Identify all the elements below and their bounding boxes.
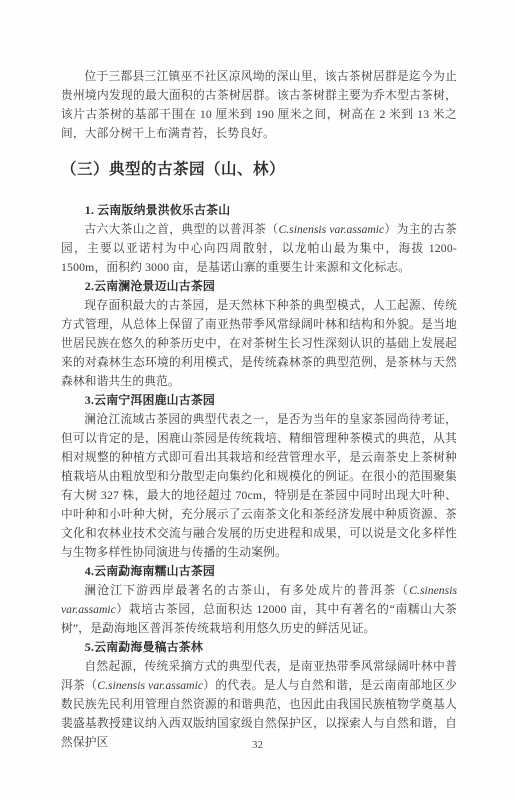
latin-species-name: C.sinensis var.assamic xyxy=(97,679,203,692)
section-heading-1: 1. 云南版纳景洪攸乐古茶山 xyxy=(61,201,457,220)
section-heading-4: 4.云南勐海南糯山古茶园 xyxy=(61,562,457,581)
section-heading-2: 2.云南澜沧景迈山古茶园 xyxy=(61,277,457,296)
intro-paragraph: 位于三都县三江镇巫不社区凉风坳的深山里，该古茶树居群是迄今为止贵州境内发现的最大… xyxy=(61,67,457,143)
section-heading-5: 5.云南勐海曼稿古茶林 xyxy=(61,638,457,657)
section-2-paragraph: 现存面积最大的古茶园，是天然林下种茶的典型模式，人工起源、传统方式管理，从总体上… xyxy=(61,296,457,391)
chapter-heading: （三）典型的古茶园（山、林） xyxy=(61,159,457,181)
section-5-paragraph: 自然起源，传统采摘方式的典型代表，是南亚热带季风常绿阔叶林中普洱茶（C.sine… xyxy=(61,657,457,752)
section-heading-3: 3.云南宁洱困鹿山古茶园 xyxy=(61,391,457,410)
page-content: 位于三都县三江镇巫不社区凉风坳的深山里，该古茶树居群是迄今为止贵州境内发现的最大… xyxy=(61,67,457,752)
section-3-paragraph: 澜沧江流域古茶园的典型代表之一，是否为当年的皇家茶园尚待考证，但可以肯定的是，困… xyxy=(61,410,457,562)
section-4-paragraph: 澜沧江下游西岸最著名的古茶山，有多处成片的普洱茶（C.sinensis var.… xyxy=(61,581,457,638)
document-page: 位于三都县三江镇巫不社区凉风坳的深山里，该古茶树居群是迄今为止贵州境内发现的最大… xyxy=(0,0,515,800)
page-number: 32 xyxy=(0,739,515,751)
section-1-paragraph: 古六大茶山之首，典型的以普洱茶（C.sinensis var.assamic）为… xyxy=(61,220,457,277)
latin-species-name: C.sinensis var.assamic xyxy=(61,584,457,616)
latin-species-name: C.sinensis var.assamic xyxy=(278,223,384,236)
